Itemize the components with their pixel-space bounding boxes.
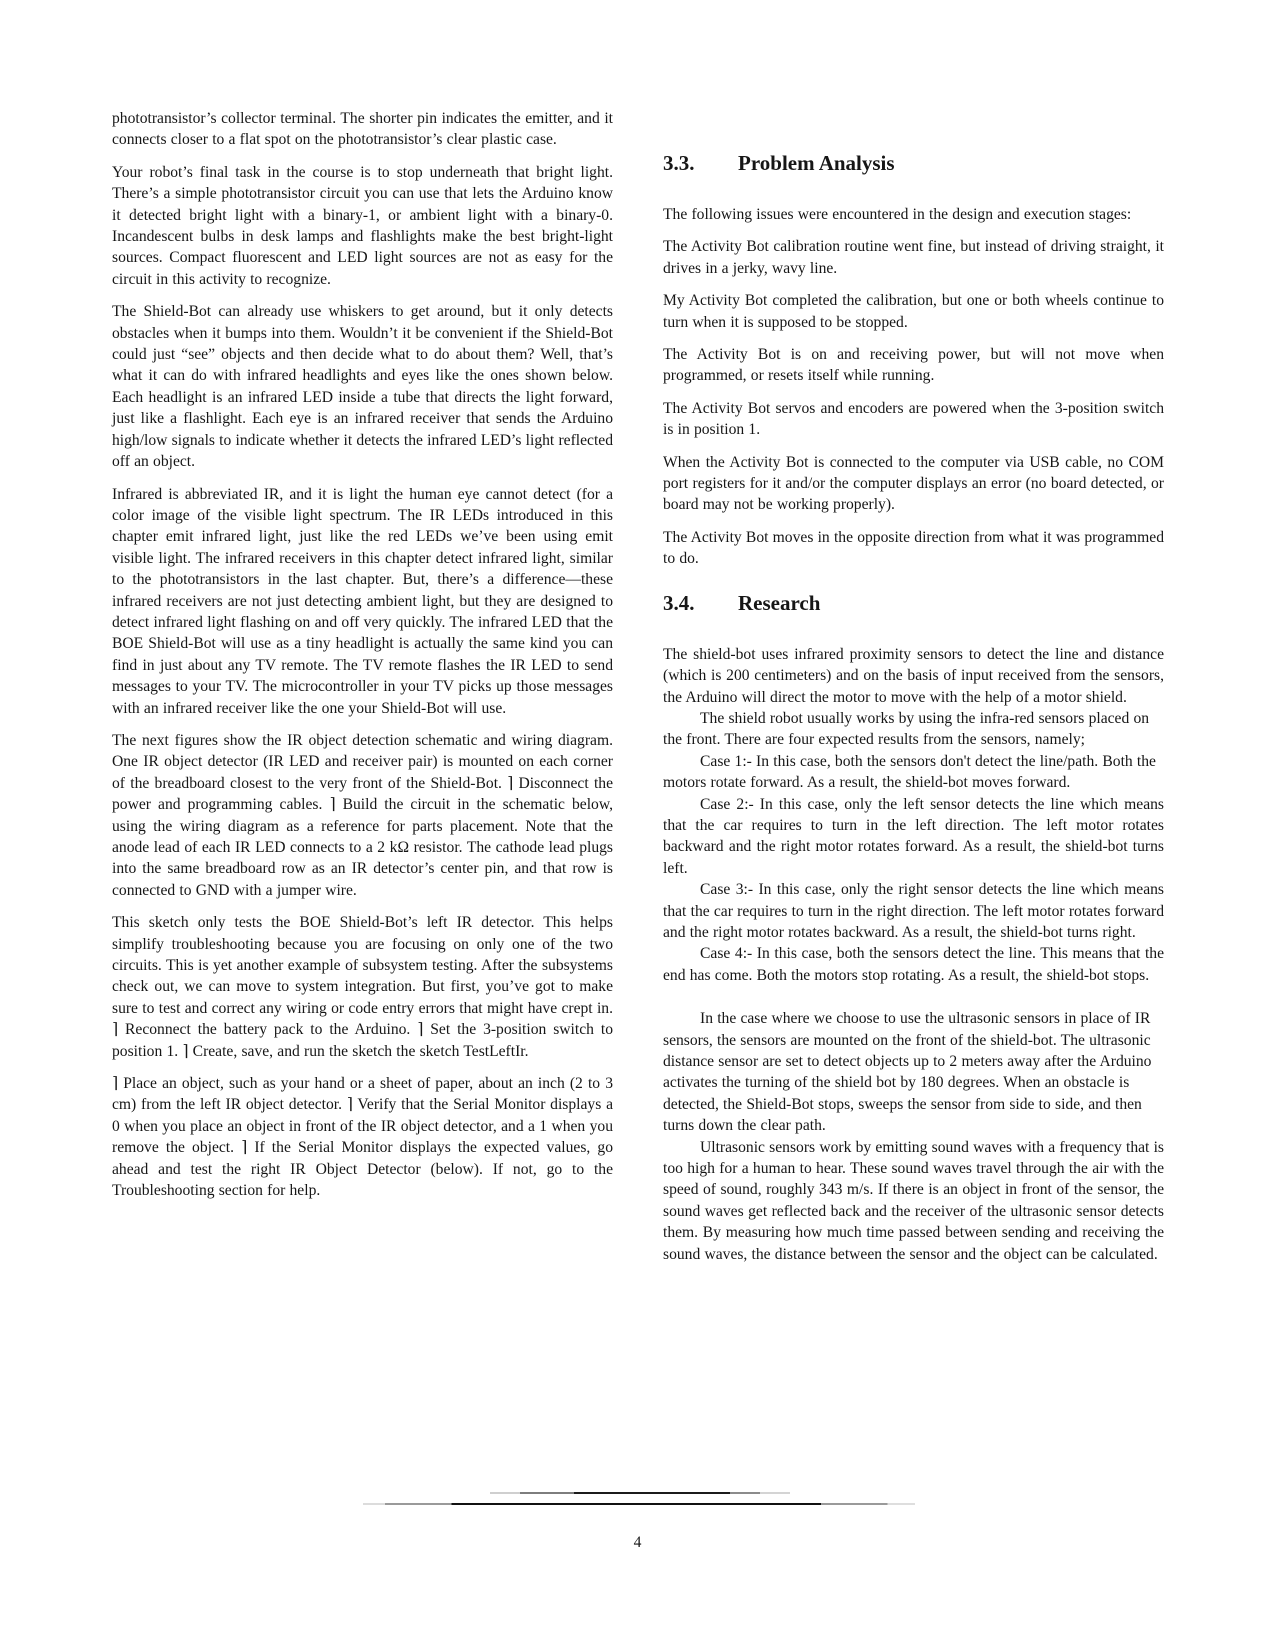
paragraph: The Activity Bot moves in the opposite d…: [663, 527, 1164, 570]
section: 3.3.Problem AnalysisThe following issues…: [663, 150, 1164, 570]
section-number: 3.4.: [663, 590, 738, 616]
paragraph: The Activity Bot calibration routine wen…: [663, 236, 1164, 279]
paragraph: My Activity Bot completed the calibratio…: [663, 290, 1164, 333]
paragraph: Case 1:- In this case, both the sensors …: [663, 751, 1164, 794]
footer-divider-lower: [363, 1503, 915, 1505]
paragraph: The shield-bot uses infrared proximity s…: [663, 644, 1164, 708]
paragraph: phototransistor’s collector terminal. Th…: [112, 108, 613, 151]
paragraph: ⌉ Place an object, such as your hand or …: [112, 1073, 613, 1201]
section-heading: 3.4.Research: [663, 590, 1164, 616]
paragraph: The Shield-Bot can already use whiskers …: [112, 301, 613, 472]
paragraph: When the Activity Bot is connected to th…: [663, 452, 1164, 516]
paragraph: The following issues were encountered in…: [663, 204, 1164, 225]
paragraph: The next figures show the IR object dete…: [112, 730, 613, 901]
paragraph: The shield robot usually works by using …: [663, 708, 1164, 751]
page-number: 4: [0, 1534, 1275, 1552]
section: 3.4.ResearchThe shield-bot uses infrared…: [663, 590, 1164, 1265]
paragraph: Infrared is abbreviated IR, and it is li…: [112, 484, 613, 719]
paragraph: This sketch only tests the BOE Shield-Bo…: [112, 912, 613, 1062]
section-heading: 3.3.Problem Analysis: [663, 150, 1164, 176]
section-title: Problem Analysis: [738, 150, 895, 176]
document-page: phototransistor’s collector terminal. Th…: [0, 0, 1275, 1651]
paragraph: The Activity Bot servos and encoders are…: [663, 398, 1164, 441]
paragraph: Case 4:- In this case, both the sensors …: [663, 943, 1164, 986]
footer-divider-upper: [490, 1492, 790, 1494]
section-title: Research: [738, 590, 820, 616]
paragraph: Your robot’s final task in the course is…: [112, 162, 613, 290]
paragraph: Case 2:- In this case, only the left sen…: [663, 794, 1164, 880]
left-column: phototransistor’s collector terminal. Th…: [112, 108, 613, 1213]
paragraph: In the case where we choose to use the u…: [663, 1008, 1164, 1136]
paragraph: Case 3:- In this case, only the right se…: [663, 879, 1164, 943]
paragraph: The Activity Bot is on and receiving pow…: [663, 344, 1164, 387]
paragraph: Ultrasonic sensors work by emitting soun…: [663, 1137, 1164, 1265]
section-number: 3.3.: [663, 150, 738, 176]
right-column: 3.3.Problem AnalysisThe following issues…: [663, 108, 1164, 1265]
